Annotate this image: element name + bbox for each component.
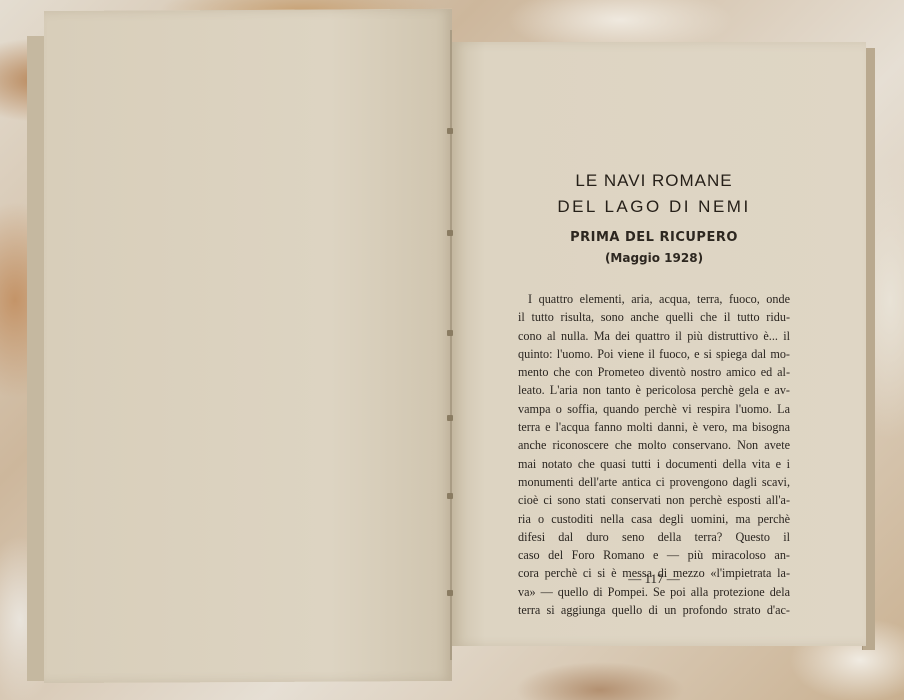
chapter-subtitle: PRIMA DEL RICUPERO: [518, 228, 790, 248]
text-line: leato. L'aria non tanto è pericolosa per…: [518, 381, 790, 399]
binding-stitch: [447, 493, 453, 499]
open-book: LE NAVI ROMANE DEL LAGO DI NEMI PRIMA DE…: [0, 0, 904, 700]
text-line: vampa o soffia, quando perchè vi respira…: [518, 400, 790, 418]
text-line: ria o custoditi nella casa degli uomini,…: [518, 510, 790, 528]
text-line: cono al nulla. Ma dei quattro il più dis…: [518, 327, 790, 345]
binding-stitch: [447, 128, 453, 134]
text-line: monumenti dell'arte antica ci provengono…: [518, 473, 790, 491]
text-line: caso del Foro Romano e — più miracoloso …: [518, 546, 790, 564]
chapter-title-line-2: DEL LAGO DI NEMI: [518, 194, 790, 220]
text-line: terra e l'acqua fanno molti danni, è ver…: [518, 418, 790, 436]
text-line: cioè ci sono stati conservati non perchè…: [518, 491, 790, 509]
left-page-blank: [44, 9, 452, 683]
chapter-content: LE NAVI ROMANE DEL LAGO DI NEMI PRIMA DE…: [518, 168, 790, 619]
text-line: quinto: l'uomo. Poi viene il fuoco, e si…: [518, 345, 790, 363]
text-line: I quattro elementi, aria, acqua, terra, …: [518, 290, 790, 308]
body-paragraph: I quattro elementi, aria, acqua, terra, …: [518, 290, 790, 619]
chapter-title-line-1: LE NAVI ROMANE: [518, 168, 790, 194]
binding-stitch: [447, 230, 453, 236]
text-line: terra si aggiunga quello di un profondo …: [518, 601, 790, 619]
binding-stitch: [447, 590, 453, 596]
text-line: mento che con Prometeo diventò nostro am…: [518, 363, 790, 381]
binding-stitch: [447, 415, 453, 421]
text-line: anche riconoscere che molto conservano. …: [518, 436, 790, 454]
text-line: mai notato che quasi tutti i documenti d…: [518, 455, 790, 473]
page-number: — 117 —: [518, 571, 790, 587]
chapter-date: (Maggio 1928): [518, 248, 790, 268]
text-line: il tutto risulta, sono anche quelli che …: [518, 308, 790, 326]
text-line: difesi dal duro seno della terra? Questo…: [518, 528, 790, 546]
book-gutter: [450, 30, 452, 660]
binding-stitch: [447, 330, 453, 336]
